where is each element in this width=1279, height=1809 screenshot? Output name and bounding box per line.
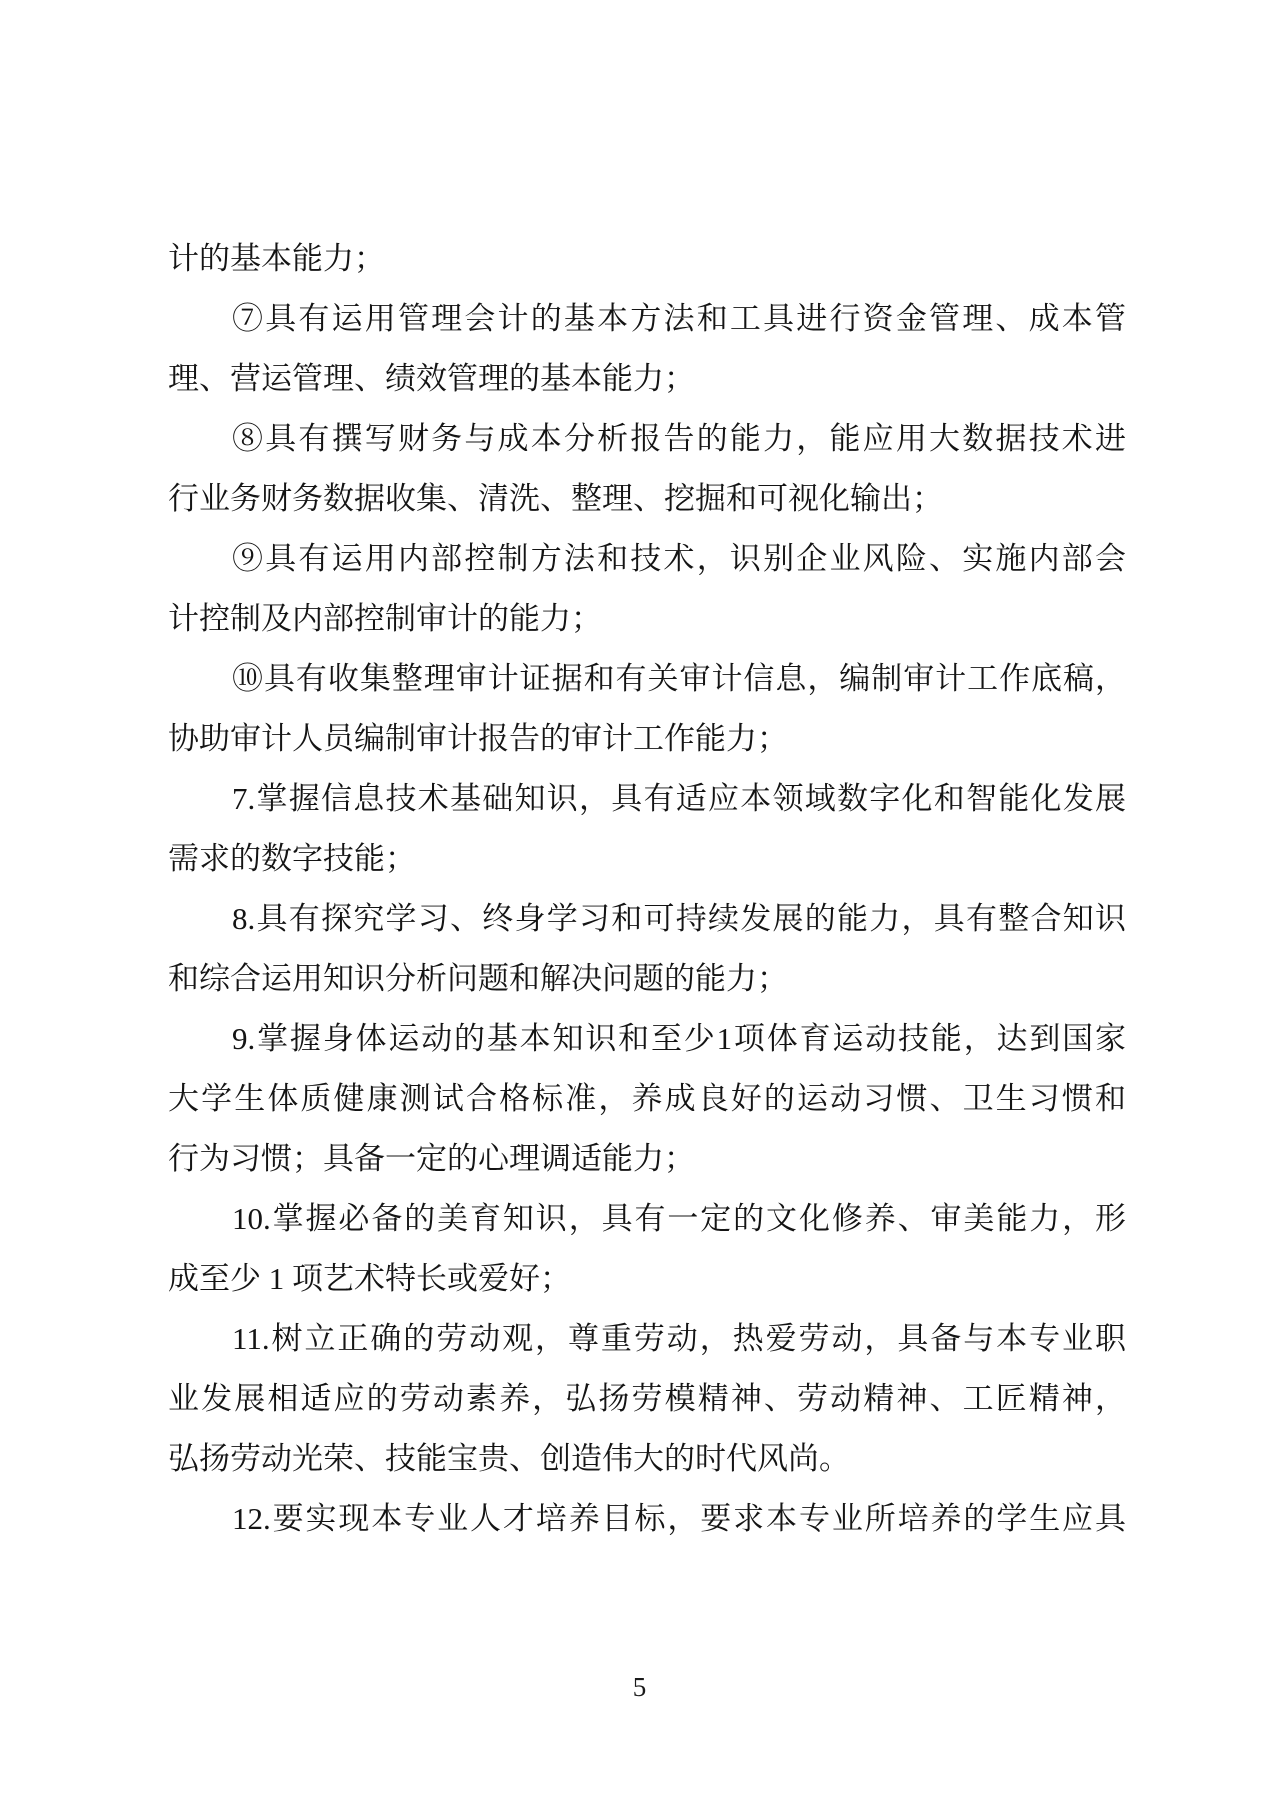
text-line: 业发展相适应的劳动素养，弘扬劳模精神、劳动精神、工匠精神， xyxy=(168,1369,1126,1429)
text-line: 理、营运管理、绩效管理的基本能力； xyxy=(168,349,1126,409)
text-line: 协助审计人员编制审计报告的审计工作能力； xyxy=(168,709,1126,769)
text-line: 需求的数字技能； xyxy=(168,829,1126,889)
text-line: 计的基本能力； xyxy=(168,229,1126,289)
text-line: ⑨具有运用内部控制方法和技术，识别企业风险、实施内部会 xyxy=(168,529,1126,589)
text-line: 11.树立正确的劳动观，尊重劳动，热爱劳动，具备与本专业职 xyxy=(168,1309,1126,1369)
page-body-text: 计的基本能力； ⑦具有运用管理会计的基本方法和工具进行资金管理、成本管 理、营运… xyxy=(168,229,1126,1549)
text-line: 9.掌握身体运动的基本知识和至少1项体育运动技能，达到国家 xyxy=(168,1009,1126,1069)
text-line: 行业务财务数据收集、清洗、整理、挖掘和可视化输出； xyxy=(168,469,1126,529)
text-line: 7.掌握信息技术基础知识，具有适应本领域数字化和智能化发展 xyxy=(168,769,1126,829)
text-line: 成至少 1 项艺术特长或爱好； xyxy=(168,1249,1126,1309)
text-line: 弘扬劳动光荣、技能宝贵、创造伟大的时代风尚。 xyxy=(168,1429,1126,1489)
text-line: 10.掌握必备的美育知识，具有一定的文化修养、审美能力，形 xyxy=(168,1189,1126,1249)
text-line: ⑩具有收集整理审计证据和有关审计信息，编制审计工作底稿， xyxy=(168,649,1126,709)
text-line: 行为习惯；具备一定的心理调适能力； xyxy=(168,1129,1126,1189)
text-line: 大学生体质健康测试合格标准，养成良好的运动习惯、卫生习惯和 xyxy=(168,1069,1126,1129)
text-line: ⑦具有运用管理会计的基本方法和工具进行资金管理、成本管 xyxy=(168,289,1126,349)
text-line: 和综合运用知识分析问题和解决问题的能力； xyxy=(168,949,1126,1009)
page-number: 5 xyxy=(0,1672,1279,1703)
text-line: 8.具有探究学习、终身学习和可持续发展的能力，具有整合知识 xyxy=(168,889,1126,949)
document-page: 计的基本能力； ⑦具有运用管理会计的基本方法和工具进行资金管理、成本管 理、营运… xyxy=(0,0,1279,1809)
text-line: ⑧具有撰写财务与成本分析报告的能力，能应用大数据技术进 xyxy=(168,409,1126,469)
text-line: 12.要实现本专业人才培养目标，要求本专业所培养的学生应具 xyxy=(168,1489,1126,1549)
text-line: 计控制及内部控制审计的能力； xyxy=(168,589,1126,649)
